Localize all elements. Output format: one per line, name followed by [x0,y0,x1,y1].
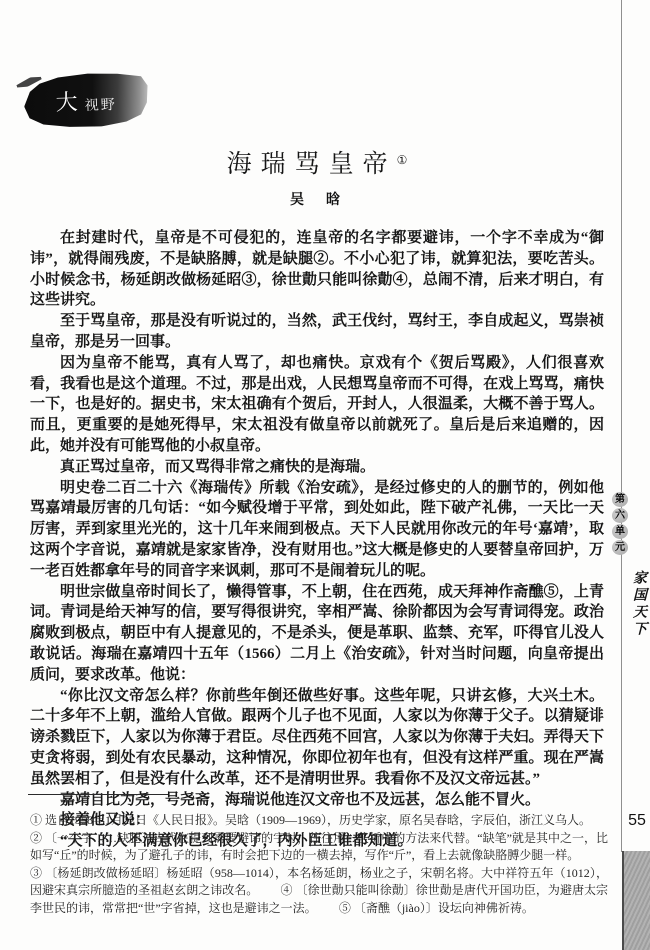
paragraph: “你比汉文帝怎么样？你前些年倒还做些好事。这些年呢，只讲玄修，大兴土木。二十多年… [30,686,604,790]
paragraph: 明史卷二百二十六《海瑞传》所载《治安疏》，是经过修史的人的删节的，例如他骂嘉靖最… [30,478,604,582]
paragraph: 真正骂过皇帝，而又骂得非常之痛快的是海瑞。 [30,457,604,478]
footnote: ⑤ 〔斋醮（jiào）〕设坛向神佛祈祷。 [339,901,534,915]
paragraph: 在封建时代，皇帝是不可侵犯的，连皇帝的名字都要避讳，一个字不幸成为“御讳”，就得… [30,228,604,311]
article-title: 海瑞骂皇帝① [30,144,604,180]
banner-label-big: 大 [55,85,78,117]
unit-title-vertical: 家国天下 [628,570,648,650]
footnote-separator [28,794,168,795]
paragraph: 至于骂皇帝，那是没有听说过的，当然，武王伐纣，骂纣王，李自成起义，骂崇祯皇帝，那… [30,311,604,353]
footnote: ① 选自1958年1月22日《人民日报》。吴晗（1909—1969），历史学家，… [30,812,608,830]
article-body: 在封建时代，皇帝是不可侵犯的，连皇帝的名字都要避讳，一个字不幸成为“御讳”，就得… [30,228,604,852]
footnote-group: ③ 〔杨延朗改做杨延昭〕杨延昭（958—1014），本名杨延朗，杨业之子，宋朝名… [30,865,608,918]
section-banner: 大 视野 [23,70,149,130]
article-title-text: 海瑞骂皇帝 [227,151,397,178]
footnote: ② 〔一个字……缺腿〕古代在提到需要避讳的字时，往往用一些折中的方法来代替。“缺… [30,830,608,865]
article-author: 吴 晗 [30,189,604,209]
margin-rule [621,0,622,852]
paragraph: 因为皇帝不能骂，真有人骂了，却也痛快。京戏有个《贺后骂殿》，人们很喜欢看，我看也… [30,353,604,457]
unit-badge: 第 六 单 元 [612,492,628,555]
footnotes: ① 选自1958年1月22日《人民日报》。吴晗（1909—1969），历史学家，… [30,812,608,918]
banner-label-small: 视野 [84,94,117,115]
page-edge-tab [622,851,650,950]
unit-badge-char: 第 [612,492,628,507]
unit-badge-char: 单 [612,524,628,539]
paragraph: 明世宗做皇帝时间长了，懒得管事，不上朝，住在西苑，成天拜神作斋醮⑤，上青词。青词… [30,582,604,686]
title-footnote-ref: ① [397,153,408,167]
page-number: 55 [624,812,650,830]
textbook-page: 大 视野 海瑞骂皇帝① 吴 晗 在封建时代，皇帝是不可侵犯的，连皇帝的名字都要避… [0,0,650,950]
unit-badge-char: 六 [612,508,628,523]
paragraph: 嘉靖自比为尧，号尧斋，海瑞说他连汉文帝也不及远甚，怎么能不冒火。 [30,790,604,811]
unit-badge-char: 元 [612,540,628,555]
